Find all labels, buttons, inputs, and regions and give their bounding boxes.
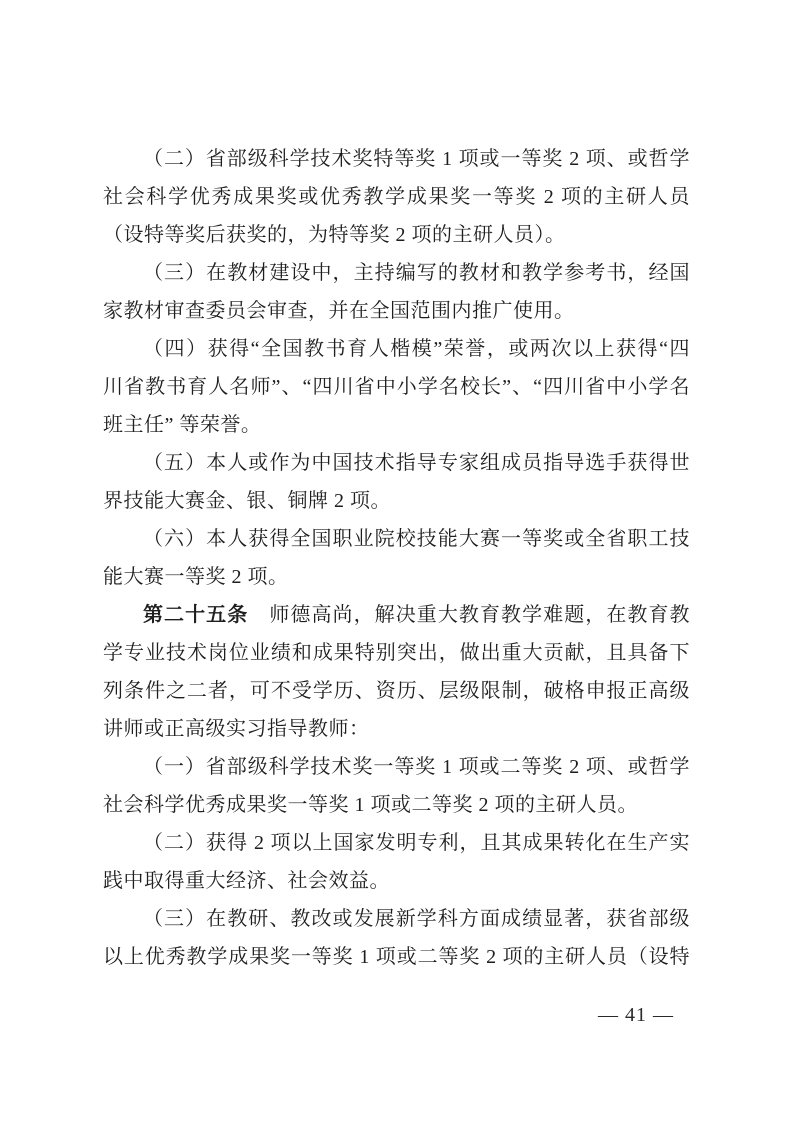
text-line: （五）本人或作为中国技术指导专家组成员指导选手获得世 [103,444,690,482]
text-line: 列条件之二者，可不受学历、资历、层级限制，破格申报正高级 [103,672,690,710]
document-page: （二）省部级科学技术奖特等奖 1 项或一等奖 2 项、或哲学社会科学优秀成果奖或… [0,0,793,1122]
page-number: — 41 — [556,1000,716,1030]
text-line: （六）本人获得全国职业院校技能大赛一等奖或全省职工技 [103,520,690,558]
text-line: 家教材审查委员会审查，并在全国范围内推广使用。 [103,292,690,330]
article-number-label: 第二十五条 [143,604,248,626]
text-line: 践中取得重大经济、社会效益。 [103,862,690,900]
text-line: （三）在教材建设中，主持编写的教材和教学参考书，经国 [103,254,690,292]
text-line: （一）省部级科学技术奖一等奖 1 项或二等奖 2 项、或哲学 [103,748,690,786]
text-line: （三）在教研、教改或发展新学科方面成绩显著，获省部级 [103,900,690,938]
text-line: 界技能大赛金、银、铜牌 2 项。 [103,482,690,520]
text-line: 讲师或正高级实习指导教师： [103,710,690,748]
text-line: 以上优秀教学成果奖一等奖 1 项或二等奖 2 项的主研人员（设特 [103,938,690,976]
text-line: （二）获得 2 项以上国家发明专利，且其成果转化在生产实 [103,824,690,862]
text-line: 学专业技术岗位业绩和成果特别突出，做出重大贡献，且具备下 [103,634,690,672]
text-line: （二）省部级科学技术奖特等奖 1 项或一等奖 2 项、或哲学 [103,140,690,178]
page-body: （二）省部级科学技术奖特等奖 1 项或一等奖 2 项、或哲学社会科学优秀成果奖或… [103,140,690,976]
text-line: 能大赛一等奖 2 项。 [103,558,690,596]
text-line: （设特等奖后获奖的，为特等奖 2 项的主研人员）。 [103,216,690,254]
text-line: 班主任” 等荣誉。 [103,406,690,444]
text-line: 社会科学优秀成果奖一等奖 1 项或二等奖 2 项的主研人员。 [103,786,690,824]
text-line: （四）获得“全国教书育人楷模”荣誉，或两次以上获得“四 [103,330,690,368]
text-line: 川省教书育人名师”、“四川省中小学名校长”、“四川省中小学名 [103,368,690,406]
text-line: 社会科学优秀成果奖或优秀教学成果奖一等奖 2 项的主研人员 [103,178,690,216]
text-line: 第二十五条 师德高尚，解决重大教育教学难题，在教育教 [103,596,690,634]
